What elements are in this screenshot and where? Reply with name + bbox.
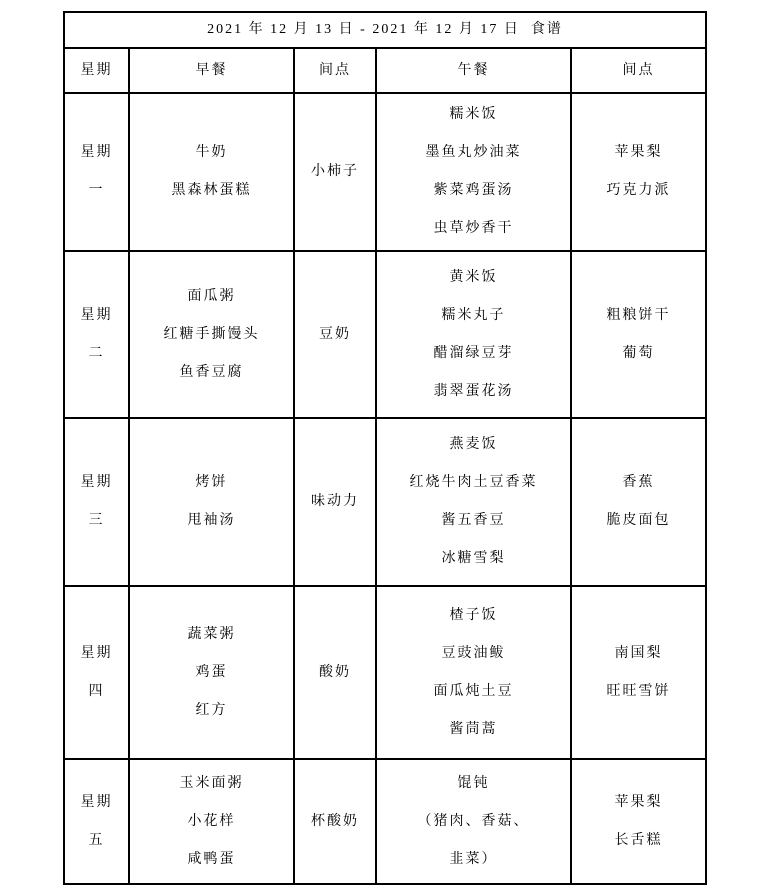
header-breakfast: 早餐 bbox=[129, 48, 294, 93]
breakfast-cell: 烤饼 甩袖汤 bbox=[129, 418, 294, 586]
title-row: 2021 年 12 月 13 日 - 2021 年 12 月 17 日 食谱 bbox=[64, 12, 706, 48]
breakfast-cell: 牛奶 黑森林蛋糕 bbox=[129, 93, 294, 251]
menu-table: 2021 年 12 月 13 日 - 2021 年 12 月 17 日 食谱 星… bbox=[63, 11, 707, 885]
header-snack-pm: 间点 bbox=[571, 48, 706, 93]
menu-page: 2021 年 12 月 13 日 - 2021 年 12 月 17 日 食谱 星… bbox=[0, 0, 773, 889]
day-cell: 星期 五 bbox=[64, 759, 129, 884]
day-cell: 星期 四 bbox=[64, 586, 129, 759]
table-row-thursday: 星期 四 蔬菜粥 鸡蛋 红方 酸奶 楂子饭 豆豉油鲅 面瓜炖土豆 酱茼蒿 南国梨… bbox=[64, 586, 706, 759]
snack-pm-cell: 南国梨 旺旺雪饼 bbox=[571, 586, 706, 759]
table-title: 2021 年 12 月 13 日 - 2021 年 12 月 17 日 食谱 bbox=[64, 12, 706, 48]
lunch-cell: 楂子饭 豆豉油鲅 面瓜炖土豆 酱茼蒿 bbox=[376, 586, 571, 759]
header-weekday: 星期 bbox=[64, 48, 129, 93]
lunch-cell: 馄钝 （猪肉、香菇、 韭菜） bbox=[376, 759, 571, 884]
breakfast-cell: 玉米面粥 小花样 咸鸭蛋 bbox=[129, 759, 294, 884]
day-cell: 星期 一 bbox=[64, 93, 129, 251]
header-snack-am: 间点 bbox=[294, 48, 376, 93]
day-cell: 星期 二 bbox=[64, 251, 129, 418]
snack-pm-cell: 苹果梨 巧克力派 bbox=[571, 93, 706, 251]
snack-pm-cell: 粗粮饼干 葡萄 bbox=[571, 251, 706, 418]
table-row-monday: 星期 一 牛奶 黑森林蛋糕 小柿子 糯米饭 墨鱼丸炒油菜 紫菜鸡蛋汤 虫草炒香干… bbox=[64, 93, 706, 251]
breakfast-cell: 蔬菜粥 鸡蛋 红方 bbox=[129, 586, 294, 759]
table-row-tuesday: 星期 二 面瓜粥 红糖手撕馒头 鱼香豆腐 豆奶 黄米饭 糯米丸子 醋溜绿豆芽 翡… bbox=[64, 251, 706, 418]
snack-am-cell: 小柿子 bbox=[294, 93, 376, 251]
snack-pm-cell: 苹果梨 长舌糕 bbox=[571, 759, 706, 884]
header-lunch: 午餐 bbox=[376, 48, 571, 93]
snack-am-cell: 味动力 bbox=[294, 418, 376, 586]
lunch-cell: 糯米饭 墨鱼丸炒油菜 紫菜鸡蛋汤 虫草炒香干 bbox=[376, 93, 571, 251]
snack-pm-cell: 香蕉 脆皮面包 bbox=[571, 418, 706, 586]
lunch-cell: 黄米饭 糯米丸子 醋溜绿豆芽 翡翠蛋花汤 bbox=[376, 251, 571, 418]
breakfast-cell: 面瓜粥 红糖手撕馒头 鱼香豆腐 bbox=[129, 251, 294, 418]
snack-am-cell: 豆奶 bbox=[294, 251, 376, 418]
lunch-cell: 燕麦饭 红烧牛肉土豆香菜 酱五香豆 冰糖雪梨 bbox=[376, 418, 571, 586]
snack-am-cell: 酸奶 bbox=[294, 586, 376, 759]
header-row: 星期 早餐 间点 午餐 间点 bbox=[64, 48, 706, 93]
day-cell: 星期 三 bbox=[64, 418, 129, 586]
table-row-friday: 星期 五 玉米面粥 小花样 咸鸭蛋 杯酸奶 馄钝 （猪肉、香菇、 韭菜） 苹果梨… bbox=[64, 759, 706, 884]
snack-am-cell: 杯酸奶 bbox=[294, 759, 376, 884]
table-row-wednesday: 星期 三 烤饼 甩袖汤 味动力 燕麦饭 红烧牛肉土豆香菜 酱五香豆 冰糖雪梨 香… bbox=[64, 418, 706, 586]
